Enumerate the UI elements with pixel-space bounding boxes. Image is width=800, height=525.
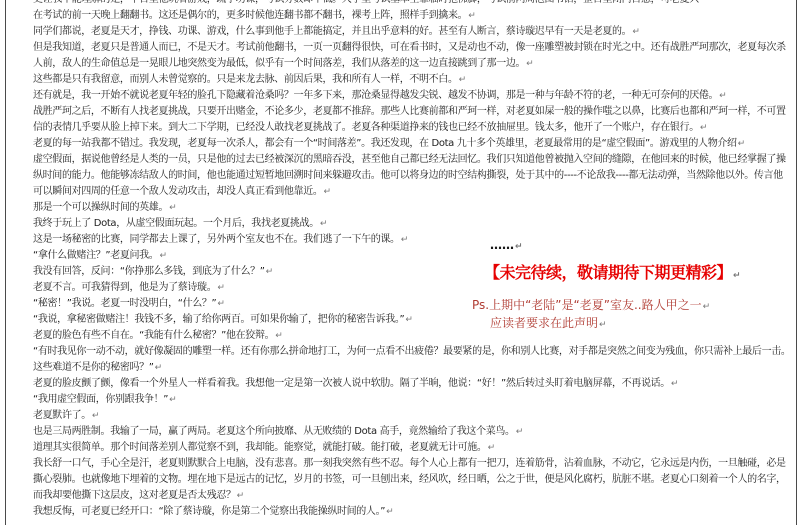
text-line: 那是一个可以操纵时间的英雄。↵ bbox=[33, 200, 796, 216]
text-line: 可以瞬间对四周的任意一个敌人发动攻击，却没人真正看到他靠近。↵ bbox=[33, 184, 796, 200]
paragraph-mark: ↵ bbox=[237, 491, 245, 501]
paragraph-mark: ↵ bbox=[275, 331, 283, 341]
paragraph-mark: ↵ bbox=[516, 427, 524, 437]
text-line: 人前，敌人的生命值总是一晃眼儿地突然变为最低，似乎有一个时间落差，我们从落差的这… bbox=[33, 56, 796, 72]
text-line: 老夏的每一站我都不错过。我发现，老夏每一次杀人，都会有一个“时间落差”。我还发现… bbox=[33, 136, 796, 152]
paragraph-mark: ↵ bbox=[700, 123, 708, 133]
paragraph-mark: ↵ bbox=[526, 59, 534, 69]
text-line: 更让我不能理解的是，平日里他玩着游戏，疏于功课，考试分数却不低。大学里考试基本全… bbox=[33, 0, 796, 8]
ellipsis-line: ……↵ bbox=[490, 238, 523, 252]
text-boundary-left bbox=[5, 0, 6, 525]
word-document-page: { "page": { "background": "#ffffff", "bo… bbox=[0, 0, 800, 525]
paragraph-mark: ↵ bbox=[92, 411, 100, 421]
paragraph-mark: ↵ bbox=[738, 139, 746, 149]
paragraph-mark: ↵ bbox=[401, 235, 409, 245]
text-line: “我用虚空假面，你别跟我争！”↵ bbox=[33, 392, 796, 408]
text-line: 我想反悔，可老夏已经开口：“除了蔡诗璇，你是第二个觉察出我能操纵时间的人。”↵ bbox=[33, 504, 796, 520]
text-line: 还有就是，我一开始不就说老夏年轻的脸孔下隐藏着沧桑吗？一年多下来，那沧桑显得越发… bbox=[33, 88, 796, 104]
text-line: 我长舒一口气，手心全是汗，老夏则默默合上电脑，没有悲喜。那一刻我突然有些不忍。每… bbox=[33, 456, 796, 472]
ps-disclaimer-line2: 应读者要求在此声明↵ bbox=[490, 314, 607, 331]
text-line: 虚空假面，据说他曾经是人类的一员，只是他的过去已经被深沉的黑暗吞没，甚至他自己都… bbox=[33, 152, 796, 168]
text-line: “有时我见你一动不动，就好像凝固的雕塑一样。还有你那么拼命地打工，为何一点看不出… bbox=[33, 344, 796, 360]
text-line: “我说，拿秘密做赌注！我钱不多，输了给你两百。可如果你输了，把你的秘密告诉我。”… bbox=[33, 312, 796, 328]
text-line: 也是三局两胜制。我输了一局，赢了两局。老夏这个所向披靡、从无败绩的 Dota 高… bbox=[33, 424, 796, 440]
paragraph-mark: ↵ bbox=[488, 443, 496, 453]
paragraph-mark: ↵ bbox=[266, 267, 274, 277]
paragraph-mark: ↵ bbox=[671, 379, 679, 389]
text-line: 撕心裂肺。也就像地下埋着的文物。埋在地下是远古的记忆，岁月的书签，可一旦刨出来，… bbox=[33, 472, 796, 488]
paragraph-mark: ↵ bbox=[515, 242, 523, 252]
text-line: 在考试的前一天晚上翻翻书。这还是偶尔的，更多时候他连翻书都不翻书，裸考上阵，照样… bbox=[33, 8, 796, 24]
paragraph-mark: ↵ bbox=[386, 507, 394, 517]
paragraph-mark: ↵ bbox=[155, 363, 163, 373]
paragraph-mark: ↵ bbox=[703, 302, 711, 312]
paragraph-mark: ↵ bbox=[169, 203, 177, 213]
text-line: 信的表情几乎要从脸上掉下来。到大二下学期，已经没人敢找老夏挑战了。老夏各种渠道挣… bbox=[33, 120, 796, 136]
paragraph-mark: ↵ bbox=[599, 320, 607, 330]
text-line: 这些难道不是你的秘密吗？”↵ bbox=[33, 360, 796, 376]
text-line: 纵时间的能力。他能够冻结敌人的时间，他也能通过短暂地回溯时间来躲避攻击。他可以将… bbox=[33, 168, 796, 184]
text-line: 而我却要他撕下这层皮，这对老夏是否太残忍？↵ bbox=[33, 488, 796, 504]
text-line: 道理其实很简单。那个时间落差别人都觉察不到，我却能。能察觉，就能打破。能打破，老… bbox=[33, 440, 796, 456]
text-line: 但是我知道，老夏只是普通人而已，不是天才。考试前他翻书，一页一页翻得很快，可在看… bbox=[33, 40, 796, 56]
text-line: 同学们都说，老夏是天才，挣钱、功课、游戏，什么事到他手上都能搞定，并且出乎意料的… bbox=[33, 24, 796, 40]
paragraph-mark: ↵ bbox=[169, 395, 177, 405]
text-line: 这是一场秘密的比赛，同学都去上课了，另外两个室友也不在。我们逃了一下午的课。↵ bbox=[33, 232, 796, 248]
paragraph-mark: ↵ bbox=[459, 75, 467, 85]
text-line: 我终于玩上了 Dota，从虚空假面玩起。一个月后，我找老夏挑战。↵ bbox=[33, 216, 796, 232]
ps-disclaimer-line1: Ps.上期中“老陆”是“老夏”室友..路人甲之一↵ bbox=[472, 296, 710, 313]
text-line: 老夏默许了。↵ bbox=[33, 408, 796, 424]
to-be-continued-headline: 【未完待续，敬请期待下期更精彩】↵ bbox=[484, 260, 741, 283]
paragraph-mark: ↵ bbox=[632, 27, 640, 37]
paragraph-mark: ↵ bbox=[217, 283, 225, 293]
paragraph-mark: ↵ bbox=[719, 91, 727, 101]
text-line: 战胜严珂之后，不断有人找老夏挑战，只要开出赌金，不论多少，老夏都不推辞。那些人比… bbox=[33, 104, 796, 120]
paragraph-mark: ↵ bbox=[320, 219, 328, 229]
text-boundary-right bbox=[796, 0, 797, 525]
paragraph-mark: ↵ bbox=[468, 11, 476, 21]
text-line: 老夏的脸皮颤了颤，像看一个外星人一样看着我。我想他一定是第一次被人说中软肋。隔了… bbox=[33, 376, 796, 392]
paragraph-mark: ↵ bbox=[405, 315, 413, 325]
text-line: 这些都是只有我留意，而别人未曾觉察的。只是来龙去脉、前因后果，我和所有人一样，不… bbox=[33, 72, 796, 88]
paragraph-mark: ↵ bbox=[733, 271, 741, 281]
paragraph-mark: ↵ bbox=[217, 299, 225, 309]
text-line: 老夏的脸色有些不自在。“我能有什么秘密？”他在狡辩。↵ bbox=[33, 328, 796, 344]
paragraph-mark: ↵ bbox=[324, 187, 332, 197]
paragraph-mark: ↵ bbox=[159, 251, 167, 261]
